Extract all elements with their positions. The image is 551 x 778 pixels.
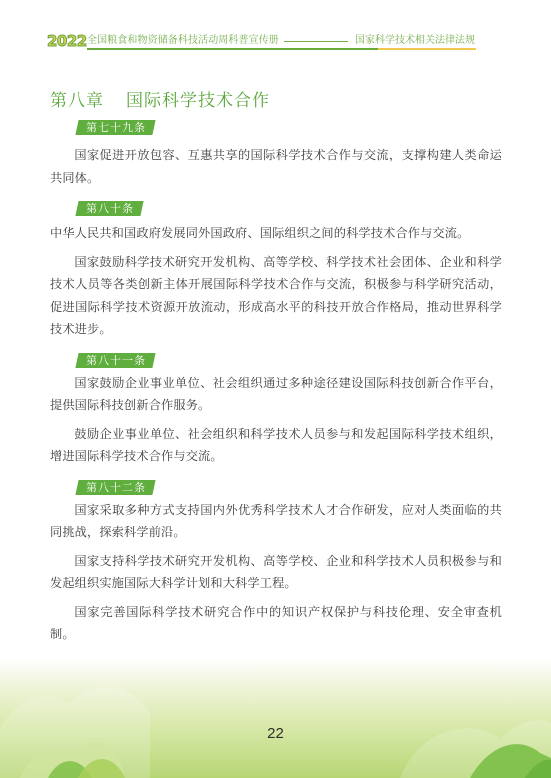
article-paragraph: 国家采取多种方式支持国内外优秀科学技术人才合作研发，应对人类面临的共同挑战，探索… <box>50 499 502 544</box>
article-paragraph: 国家鼓励企业事业单位、社会组织通过多种途径建设国际科技创新合作平台，提供国际科技… <box>50 372 502 417</box>
article-list: 第七十九条 国家促进开放包容、互惠共享的国际科学技术合作与交流，支撑构建人类命运… <box>50 116 502 744</box>
article-label-badge: 第八十条 <box>75 201 143 216</box>
article-79: 第七十九条 国家促进开放包容、互惠共享的国际科学技术合作与交流，支撑构建人类命运… <box>50 116 502 189</box>
header-section-title: 国家科学技术相关法律法规 <box>355 35 475 47</box>
chapter-name: 国际科学技术合作 <box>126 91 270 111</box>
article-paragraph: 中华人民共和国政府发展同外国政府、国际组织之间的科学技术合作与交流。 <box>50 222 502 245</box>
article-paragraph: 鼓励企业事业单位、社会组织和科学技术人员参与和发起国际科学技术组织，增进国际科学… <box>50 423 502 468</box>
article-81: 第八十一条 国家鼓励企业事业单位、社会组织通过多种途径建设国际科技创新合作平台，… <box>50 349 502 468</box>
hills-illustration <box>0 658 551 778</box>
page-number: 22 <box>0 725 551 742</box>
article-label-badge: 第八十一条 <box>75 353 155 368</box>
chapter-number: 第八章 <box>50 91 104 111</box>
article-label-badge: 第七十九条 <box>75 120 155 135</box>
header-underline-yellow <box>378 48 476 50</box>
article-paragraph: 国家完善国际科学技术研究合作中的知识产权保护与科技伦理、安全审查机制。 <box>50 601 502 646</box>
article-80: 第八十条 中华人民共和国政府发展同外国政府、国际组织之间的科学技术合作与交流。 … <box>50 197 502 341</box>
running-header: 2022 全国粮食和物资储备科技活动周科普宣传册 国家科学技术相关法律法规 <box>47 32 477 52</box>
article-label-badge: 第八十二条 <box>75 480 155 495</box>
footer-hills-background <box>0 658 551 778</box>
header-underline-green <box>87 48 378 50</box>
article-paragraph: 国家支持科学技术研究开发机构、高等学校、企业和科学技术人员积极参与和发起组织实施… <box>50 550 502 595</box>
article-paragraph: 国家鼓励科学技术研究开发机构、高等学校、科学技术社会团体、企业和科学技术人员等各… <box>50 251 502 341</box>
header-subtitle: 全国粮食和物资储备科技活动周科普宣传册 <box>87 35 279 47</box>
header-year: 2022 <box>47 33 87 49</box>
header-divider-dash <box>284 41 348 42</box>
article-82: 第八十二条 国家采取多种方式支持国内外优秀科学技术人才合作研发，应对人类面临的共… <box>50 476 502 646</box>
chapter-title: 第八章国际科学技术合作 <box>50 86 270 111</box>
article-paragraph: 国家促进开放包容、互惠共享的国际科学技术合作与交流，支撑构建人类命运共同体。 <box>50 144 502 189</box>
